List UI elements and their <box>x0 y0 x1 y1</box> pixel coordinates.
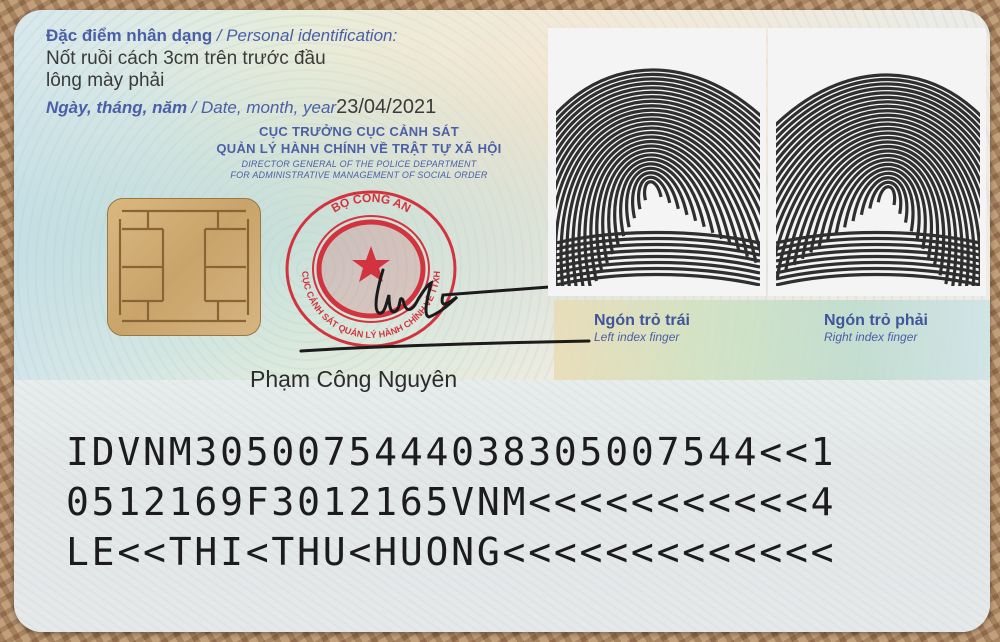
right-index-finger-label: Ngón trỏ phải Right index finger <box>824 312 928 344</box>
issue-date-value: 23/04/2021 <box>336 96 436 118</box>
issuer-title-en-line1: DIRECTOR GENERAL OF THE POLICE DEPARTMEN… <box>164 159 554 169</box>
left-index-fingerprint <box>548 28 766 296</box>
issuer-title-vn-line1: CỤC TRƯỞNG CỤC CẢNH SÁT <box>164 124 554 139</box>
mrz-line-2: 0512169F3012165VNM<<<<<<<<<<<4 <box>66 480 836 524</box>
signer-name: Phạm Công Nguyên <box>250 366 457 393</box>
smart-chip-icon <box>107 198 261 336</box>
svg-text:BỘ CÔNG AN: BỘ CÔNG AN <box>329 190 413 216</box>
mrz-line-1: IDVNM3050075444038305007544<<1 <box>66 430 836 474</box>
fingerprint-icon <box>556 38 760 286</box>
mrz-line-3: LE<<THI<THU<HUONG<<<<<<<<<<<<< <box>66 530 836 574</box>
issue-date: Ngày, tháng, năm / Date, month, year23/0… <box>46 96 436 119</box>
id-card-back: Đặc điểm nhân dạng / Personal identifica… <box>14 10 990 632</box>
right-index-fingerprint <box>768 28 986 296</box>
fingerprint-icon <box>776 38 980 286</box>
issuer-title-en-line2: FOR ADMINISTRATIVE MANAGEMENT OF SOCIAL … <box>164 170 554 180</box>
personal-identification-value-line1: Nốt ruồi cách 3cm trên trước đầu <box>46 48 326 70</box>
personal-identification-value-line2: lông mày phải <box>46 70 164 92</box>
issuer-title-vn-line2: QUẢN LÝ HÀNH CHÍNH VỀ TRẬT TỰ XÃ HỘI <box>164 141 554 156</box>
left-index-finger-label: Ngón trỏ trái Left index finger <box>594 312 690 344</box>
personal-identification-label: Đặc điểm nhân dạng / Personal identifica… <box>46 26 397 46</box>
